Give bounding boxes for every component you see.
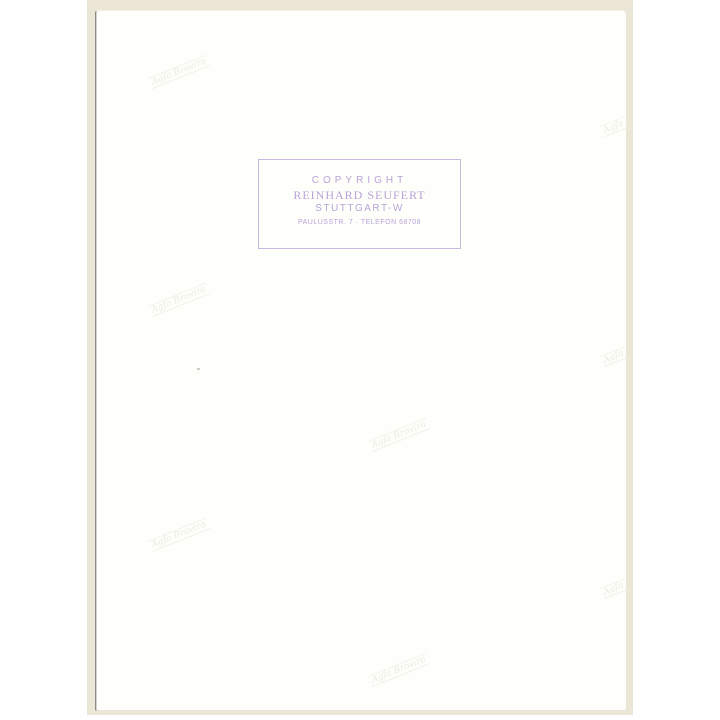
stamp-address: PAULUSSTR. 7 · TELEFON 68708 [259, 218, 460, 228]
photo-paper-back: COPYRIGHT REINHARD SEUFERT STUTTGART-W P… [95, 10, 626, 711]
watermark-agfa-brovira: Agfa Brovira [148, 283, 210, 317]
watermark-agfa-partial: Agfa [600, 347, 629, 368]
photo-scan: COPYRIGHT REINHARD SEUFERT STUTTGART-W P… [0, 0, 720, 720]
copyright-stamp: COPYRIGHT REINHARD SEUFERT STUTTGART-W P… [258, 159, 461, 249]
watermark-agfa-partial: Agfa [600, 117, 629, 138]
watermark-agfa-brovira: Agfa Brovira [368, 418, 430, 452]
paper-speck [197, 368, 200, 370]
stamp-photographer-name: REINHARD SEUFERT [259, 188, 460, 202]
watermark-agfa-brovira: Agfa Brovira [368, 653, 430, 687]
watermark-agfa-brovira: Agfa Brovira [148, 518, 210, 552]
stamp-city: STUTTGART-W [259, 203, 460, 215]
watermark-agfa-brovira: Agfa Brovira [148, 55, 210, 89]
watermark-agfa-partial: Agfa [600, 579, 629, 600]
stamp-copyright-label: COPYRIGHT [259, 175, 460, 187]
